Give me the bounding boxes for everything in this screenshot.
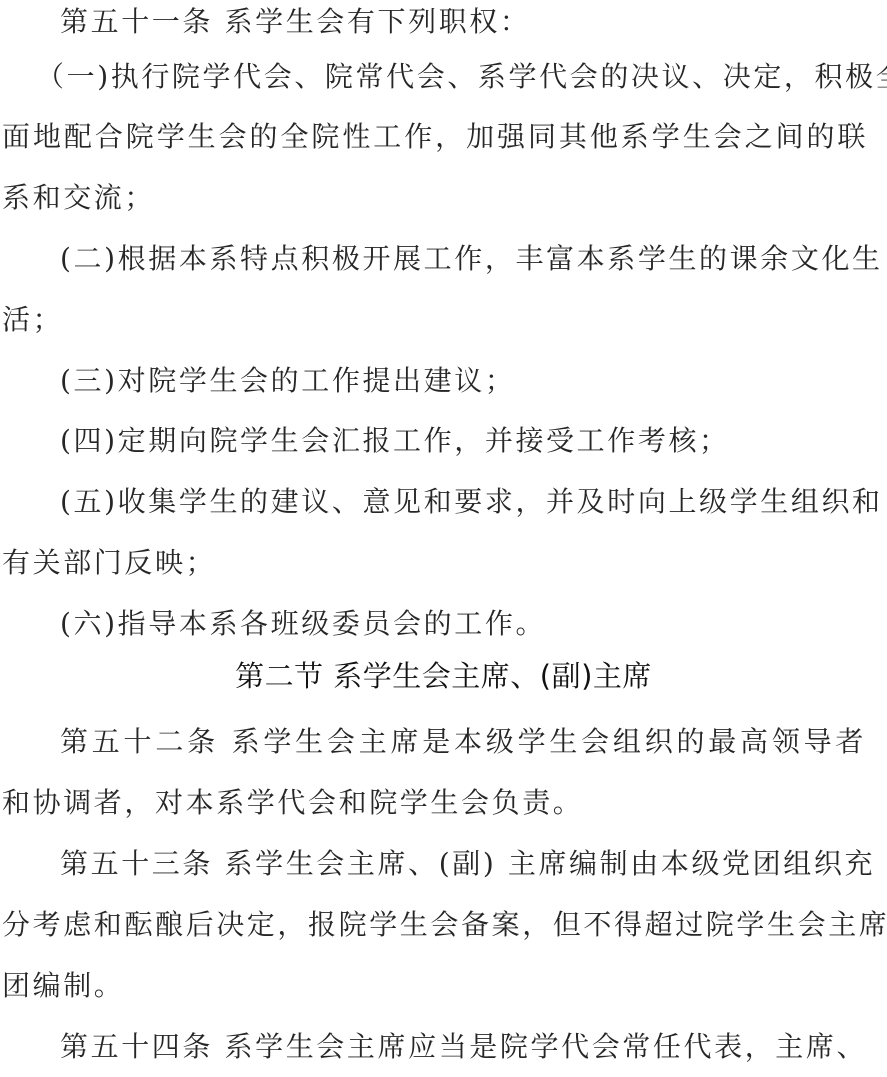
article-51-line-1: 第五十一条 系学生会有下列职权： <box>60 2 887 42</box>
article-52-line-2: 和协调者，对本系学代会和院学生会负责。 <box>2 783 887 823</box>
item-1-line-3: 系和交流； <box>2 178 887 218</box>
article-52-line-1: 第五十二条 系学生会主席是本级学生会组织的最高领导者 <box>60 722 866 762</box>
item-6-line-1: (六)指导本系各班级委员会的工作。 <box>60 604 887 644</box>
article-54-line-1: 第五十四条 系学生会主席应当是院学代会常任代表，主席、 <box>60 1027 866 1067</box>
section-heading: 第二节 系学生会主席、(副)主席 <box>0 656 887 696</box>
item-2-line-1: (二)根据本系特点积极开展工作，丰富本系学生的课余文化生 <box>60 239 866 279</box>
item-5-line-2: 有关部门反映； <box>2 543 887 583</box>
item-4-line-1: (四)定期向院学生会汇报工作，并接受工作考核； <box>60 421 887 461</box>
document-page: 第五十一条 系学生会有下列职权： （一)执行院学代会、院常代会、系学代会的决议、… <box>0 0 887 1077</box>
article-53-line-2: 分考虑和酝酿后决定，报院学生会备案，但不得超过院学生会主席 <box>2 905 868 945</box>
article-53-line-3: 团编制。 <box>2 966 887 1006</box>
item-2-line-2: 活； <box>2 300 887 340</box>
item-1-line-2: 面地配合院学生会的全院性工作，加强同其他系学生会之间的联 <box>2 117 868 157</box>
item-3-line-1: (三)对院学生会的工作提出建议； <box>60 361 887 401</box>
item-1-line-1: （一)执行院学代会、院常代会、系学代会的决议、决定，积极全 <box>36 57 866 97</box>
article-53-line-1: 第五十三条 系学生会主席、(副) 主席编制由本级党团组织充 <box>60 844 866 884</box>
item-5-line-1: (五)收集学生的建议、意见和要求，并及时向上级学生组织和 <box>60 482 866 522</box>
